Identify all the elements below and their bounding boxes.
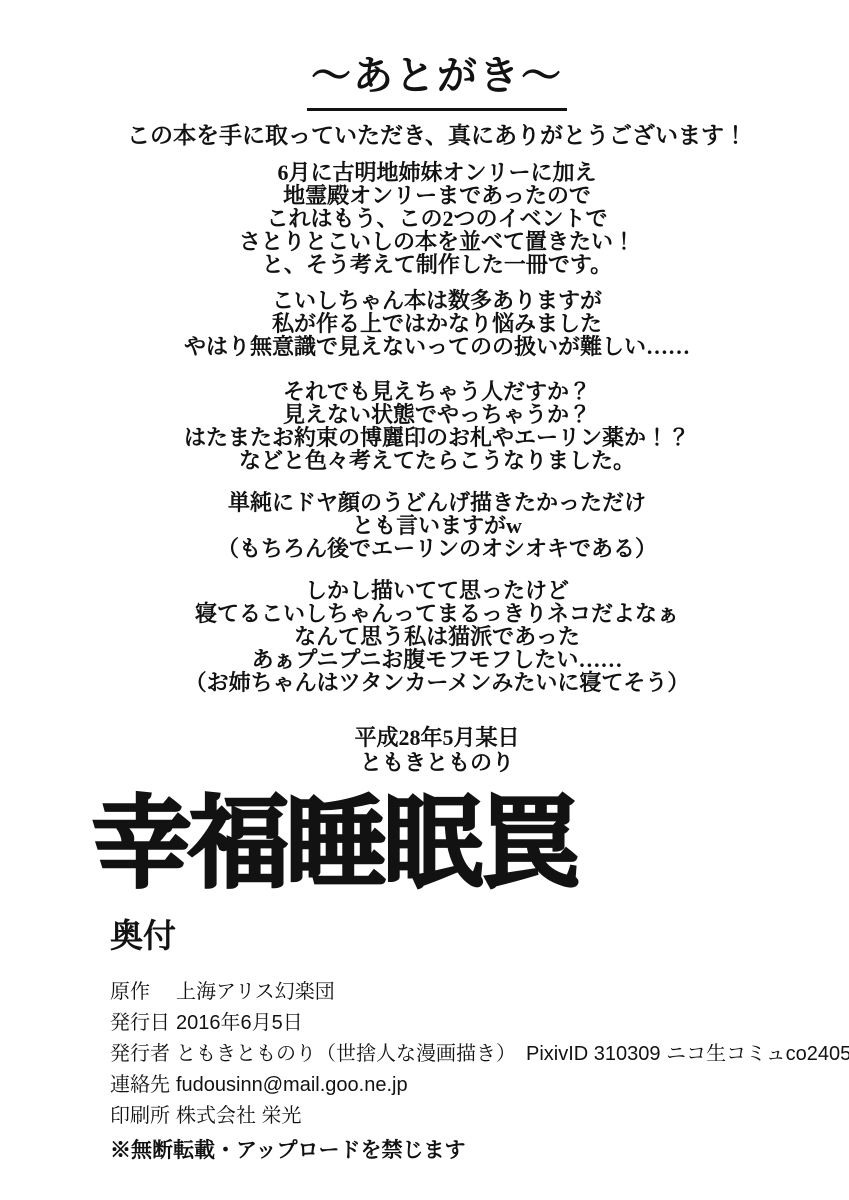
colophon-label: 発行日: [110, 1008, 176, 1039]
colophon-row-publish-date: 発行日 2016年6月5日: [110, 1008, 819, 1039]
afterword-page: 〜あとがき〜 この本を手に取っていただき、真にありがとうございます！ 6月に古明…: [0, 0, 849, 1200]
paragraph-line: 寝てるこいしちゃんってまるっきりネコだよなぁ: [25, 602, 849, 625]
colophon-row-printer: 印刷所 株式会社 栄光: [110, 1101, 819, 1132]
colophon-label: 発行者: [110, 1039, 176, 1070]
colophon: 奥付 原作 上海アリス幻楽団 発行日 2016年6月5日 発行者 ともきとものり…: [110, 916, 819, 1166]
colophon-label: 印刷所: [110, 1101, 176, 1132]
afterword-paragraph-3: それでも見えちゃう人だすか？ 見えない状態でやっちゃうか？ はたまたお約束の博麗…: [25, 380, 849, 472]
paragraph-line: やはり無意識で見えないってのの扱いが難しい……: [25, 335, 849, 358]
paragraph-line: しかし描いてて思ったけど: [25, 579, 849, 602]
afterword-lead: この本を手に取っていただき、真にありがとうございます！: [25, 117, 849, 150]
paragraph-line: （お姉ちゃんはツタンカーメンみたいに寝てそう）: [25, 671, 849, 694]
colophon-row-original: 原作 上海アリス幻楽団: [110, 977, 819, 1008]
colophon-row-publisher: 発行者 ともきとものり（世捨人な漫画描き） PixivID 310309 ニコ生…: [110, 1039, 819, 1070]
signature-author: ともきとものり: [25, 750, 849, 775]
afterword-title-block: 〜あとがき〜: [25, 44, 849, 111]
colophon-label: 原作: [110, 977, 176, 1008]
paragraph-line: 地霊殿オンリーまであったので: [25, 184, 849, 207]
paragraph-line: 見えない状態でやっちゃうか？: [25, 403, 849, 426]
paragraph-line: あぁプニプニお腹モフモフしたい……: [25, 648, 849, 671]
paragraph-line: （もちろん後でエーリンのオシオキである）: [25, 537, 849, 560]
reprint-prohibition-notice: ※無断転載・アップロードを禁じます: [110, 1135, 819, 1166]
book-title: 幸福睡眠罠: [92, 790, 577, 900]
afterword-paragraph-2: こいしちゃん本は数多ありますが 私が作る上ではかなり悩みました やはり無意識で見…: [25, 289, 849, 358]
signature-date: 平成28年5月某日: [25, 725, 849, 750]
colophon-label: 連絡先: [110, 1070, 176, 1101]
colophon-value: 上海アリス幻楽団: [176, 977, 335, 1008]
paragraph-line: 6月に古明地姉妹オンリーに加え: [25, 161, 849, 184]
colophon-value: 2016年6月5日: [176, 1008, 303, 1039]
paragraph-line: こいしちゃん本は数多ありますが: [25, 289, 849, 312]
colophon-heading: 奥付: [110, 916, 819, 956]
signature-block: 平成28年5月某日 ともきとものり: [25, 725, 849, 775]
paragraph-line: なんて思う私は猫派であった: [25, 625, 849, 648]
paragraph-line: とも言いますがw: [25, 514, 849, 537]
colophon-value: fudousinn@mail.goo.ne.jp: [176, 1070, 408, 1101]
paragraph-line: 単純にドヤ顔のうどんげ描きたかっただけ: [25, 491, 849, 514]
afterword-paragraph-4: 単純にドヤ顔のうどんげ描きたかっただけ とも言いますがw （もちろん後でエーリン…: [25, 491, 849, 560]
paragraph-line: これはもう、この2つのイベントで: [25, 207, 849, 230]
colophon-row-contact: 連絡先 fudousinn@mail.goo.ne.jp: [110, 1070, 819, 1101]
afterword-paragraph-1: 6月に古明地姉妹オンリーに加え 地霊殿オンリーまであったので これはもう、この2…: [25, 161, 849, 276]
paragraph-line: はたまたお約束の博麗印のお札やエーリン薬か！？: [25, 426, 849, 449]
paragraph-line: 私が作る上ではかなり悩みました: [25, 312, 849, 335]
afterword-paragraph-5: しかし描いてて思ったけど 寝てるこいしちゃんってまるっきりネコだよなぁ なんて思…: [25, 579, 849, 694]
afterword-title: 〜あとがき〜: [307, 44, 567, 111]
paragraph-line: と、そう考えて制作した一冊です。: [25, 253, 849, 276]
paragraph-line: などと色々考えてたらこうなりました。: [25, 449, 849, 472]
colophon-value: 株式会社 栄光: [176, 1101, 302, 1132]
colophon-value: ともきとものり（世捨人な漫画描き） PixivID 310309 ニコ生コミュc…: [176, 1039, 849, 1070]
paragraph-line: さとりとこいしの本を並べて置きたい！: [25, 230, 849, 253]
paragraph-line: それでも見えちゃう人だすか？: [25, 380, 849, 403]
